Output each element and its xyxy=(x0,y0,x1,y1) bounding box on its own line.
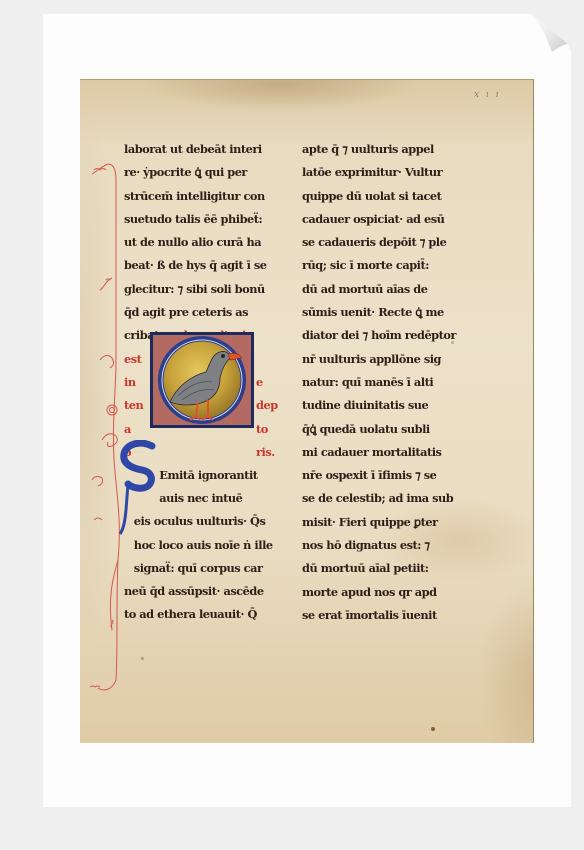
stain-spot xyxy=(141,657,144,660)
text-line: nr̄ uulturis appllōne sig xyxy=(302,348,469,371)
rubric-fragment xyxy=(256,348,278,371)
text-line: dū mortuū aīal petiit: xyxy=(302,557,469,580)
text-line: mi cadauer mortalitatis xyxy=(302,441,469,464)
text-line: laborat ut debeāt interi xyxy=(124,138,291,161)
folio-number: x ı ı xyxy=(474,90,501,100)
text-line: ut de nullo alio curā ha xyxy=(124,231,291,254)
text-line: re· ẏpocrite ꝗ̇ qui per xyxy=(124,161,291,184)
rubric-margin-right: e dep to ris. xyxy=(256,348,278,464)
text-line: beat· ß de hys q̄ agit ī se xyxy=(124,254,291,277)
text-line: strūcem̄ intelligitur con xyxy=(124,185,291,208)
stain-spot xyxy=(431,727,435,731)
text-line: diator dei ⁊ hoīm redēptor xyxy=(302,324,469,347)
text-line: hoc loco auis noīe ṅ ille xyxy=(124,534,291,557)
rubric-fragment: to xyxy=(256,418,278,441)
text-line: signaẗ: quī corpus car xyxy=(124,557,291,580)
historiated-initial-vulture xyxy=(150,332,254,428)
text-line: dū ad mortuū aīas de xyxy=(302,278,469,301)
page-curl-corner xyxy=(528,14,572,54)
text-line: to ad ethera leuauit· Q̄ xyxy=(124,603,291,626)
text-line: q̄d agit pre ceteris as xyxy=(124,301,291,324)
text-line: cadauer ospiciat· ad esū xyxy=(302,208,469,231)
text-line: quippe dū uolat si tacet xyxy=(302,185,469,208)
text-line: neū q̄d assūpsit· ascēde xyxy=(124,580,291,603)
rubric-fragment: e xyxy=(256,371,278,394)
text-line: sūmis uenit· Recte ꝗ̇ me xyxy=(302,301,469,324)
text-line: rūq; sic ī morte capit̄: xyxy=(302,254,469,277)
text-line: se cadaueris depōit ⁊ ple xyxy=(302,231,469,254)
rubric-fragment: ris. xyxy=(256,441,278,464)
decorated-initial-s xyxy=(118,440,158,536)
text-line: misit· Fieri quippe ꝑter xyxy=(302,511,469,534)
text-line: tudine diuinitatis sue xyxy=(302,394,469,417)
text-line: apte q̄ ⁊ uulturis appel xyxy=(302,138,469,161)
manuscript-leaf: x ı ı laborat ut debeāt interi re· ẏpocr… xyxy=(80,79,534,743)
text-line: se de celestib; ad ima sub xyxy=(302,487,469,510)
text-line: q̄ꝗ̇ quedā uolatu subli xyxy=(302,418,469,441)
text-line: glecitur: ⁊ sibi soli bonū xyxy=(124,278,291,301)
text-line: natur: quī manēs ī alti xyxy=(302,371,469,394)
text-line: se erat īmortalis īuenit xyxy=(302,604,469,627)
right-text-column: apte q̄ ⁊ uulturis appel latōe exprimitu… xyxy=(302,138,472,627)
rubric-fragment: dep xyxy=(256,394,278,417)
text-line: nos hō dignatus est: ⁊ xyxy=(302,534,469,557)
text-line: morte apud nos qr apd xyxy=(302,581,469,604)
marginal-penwork-flourish xyxy=(82,160,132,700)
text-line: suetudo talis ēē phibeẗ: xyxy=(124,208,291,231)
stain-spot xyxy=(451,341,454,344)
text-line: nr̄e ospexit ī īfimis ⁊ se xyxy=(302,464,469,487)
text-line: latōe exprimitur· Vultur xyxy=(302,161,469,184)
